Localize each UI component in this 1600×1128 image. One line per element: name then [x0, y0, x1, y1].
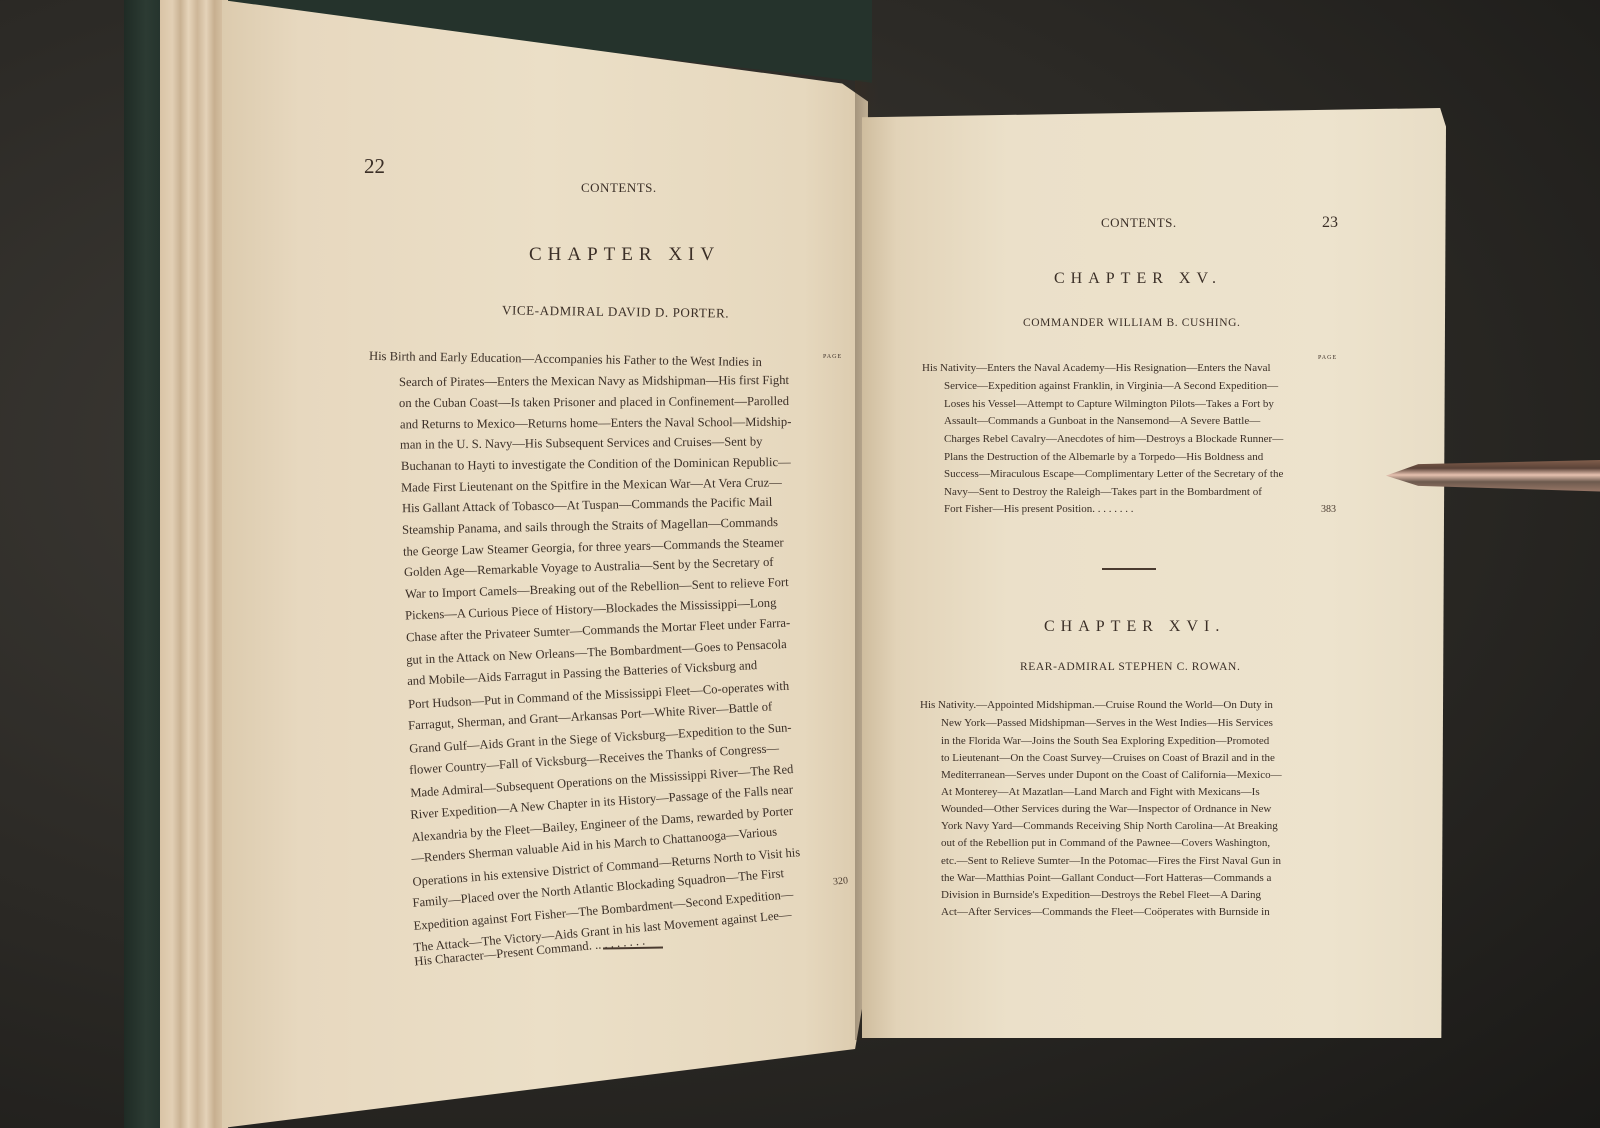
left-page-column-label: PAGE [823, 354, 842, 360]
entry-line: York Navy Yard—Commands Receiving Ship N… [941, 820, 1278, 832]
entry-line: His Nativity—Enters the Naval Academy—Hi… [922, 362, 1271, 374]
left-entry-page-ref: 320 [833, 875, 849, 887]
entry-line: Act—After Services—Commands the Fleet—Co… [941, 906, 1270, 918]
chapter-xv-title: CHAPTER XV. [1054, 270, 1222, 288]
entry-line: etc.—Sent to Relieve Sumter—In the Potom… [941, 855, 1281, 867]
entry-line: His Nativity.—Appointed Midshipman.—Crui… [920, 699, 1273, 711]
chapter-xv-subject: COMMANDER WILLIAM B. CUSHING. [1023, 317, 1240, 329]
left-chapter-title: CHAPTER XIV [529, 244, 720, 266]
entry-line: Search of Pirates—Enters the Mexican Nav… [399, 373, 789, 390]
chapter-xvi-subject: REAR-ADMIRAL STEPHEN C. ROWAN. [1020, 661, 1240, 673]
entry-line: on the Cuban Coast—Is taken Prisoner and… [399, 394, 789, 411]
chapter-xvi-title: CHAPTER XVI. [1044, 618, 1225, 636]
left-page-number: 22 [364, 154, 385, 179]
entry-line: At Monterey—At Mazatlan—Land March and F… [941, 786, 1260, 798]
entry-line: Assault—Commands a Gunboat in the Nansem… [944, 415, 1260, 427]
right-page-column-label: PAGE [1318, 355, 1337, 361]
entry-line: and Returns to Mexico—Returns home—Enter… [400, 415, 792, 433]
entry-line: out of the Rebellion put in Command of t… [941, 837, 1270, 849]
entry-line: Loses his Vessel—Attempt to Capture Wilm… [944, 398, 1274, 410]
entry-line: the War—Matthias Point—Gallant Conduct—F… [941, 872, 1271, 884]
section-divider [1102, 568, 1156, 570]
entry-line: in the Florida War—Joins the South Sea E… [941, 735, 1269, 747]
right-page-number: 23 [1322, 214, 1338, 232]
left-running-head: CONTENTS. [581, 180, 657, 196]
entry-line: Division in Burnside's Expedition—Destro… [941, 889, 1261, 901]
entry-line: Wounded—Other Services during the War—In… [941, 803, 1271, 815]
left-chapter-subject: VICE-ADMIRAL DAVID D. PORTER. [502, 302, 729, 321]
entry-line: Mediterranean—Serves under Dupont on the… [941, 769, 1282, 781]
chapter-xv-page-ref: 383 [1321, 504, 1336, 515]
right-running-head: CONTENTS. [1101, 215, 1177, 231]
page-stack-edges [160, 0, 228, 1128]
entry-line: Success—Miraculous Escape—Complimentary … [944, 468, 1283, 480]
entry-line: man in the U. S. Navy—His Subsequent Ser… [400, 434, 763, 452]
entry-line: Plans the Destruction of the Albemarle b… [944, 451, 1263, 463]
entry-line: Navy—Sent to Destroy the Raleigh—Takes p… [944, 486, 1262, 498]
entry-line: Service—Expedition against Franklin, in … [944, 380, 1278, 392]
entry-line: New York—Passed Midshipman—Serves in the… [941, 717, 1273, 729]
entry-line: to Lieutenant—On the Coast Survey—Cruise… [941, 752, 1275, 764]
entry-line: Fort Fisher—His present Position. . . . … [944, 503, 1133, 515]
entry-line: Charges Rebel Cavalry—Anecdotes of him—D… [944, 433, 1283, 445]
